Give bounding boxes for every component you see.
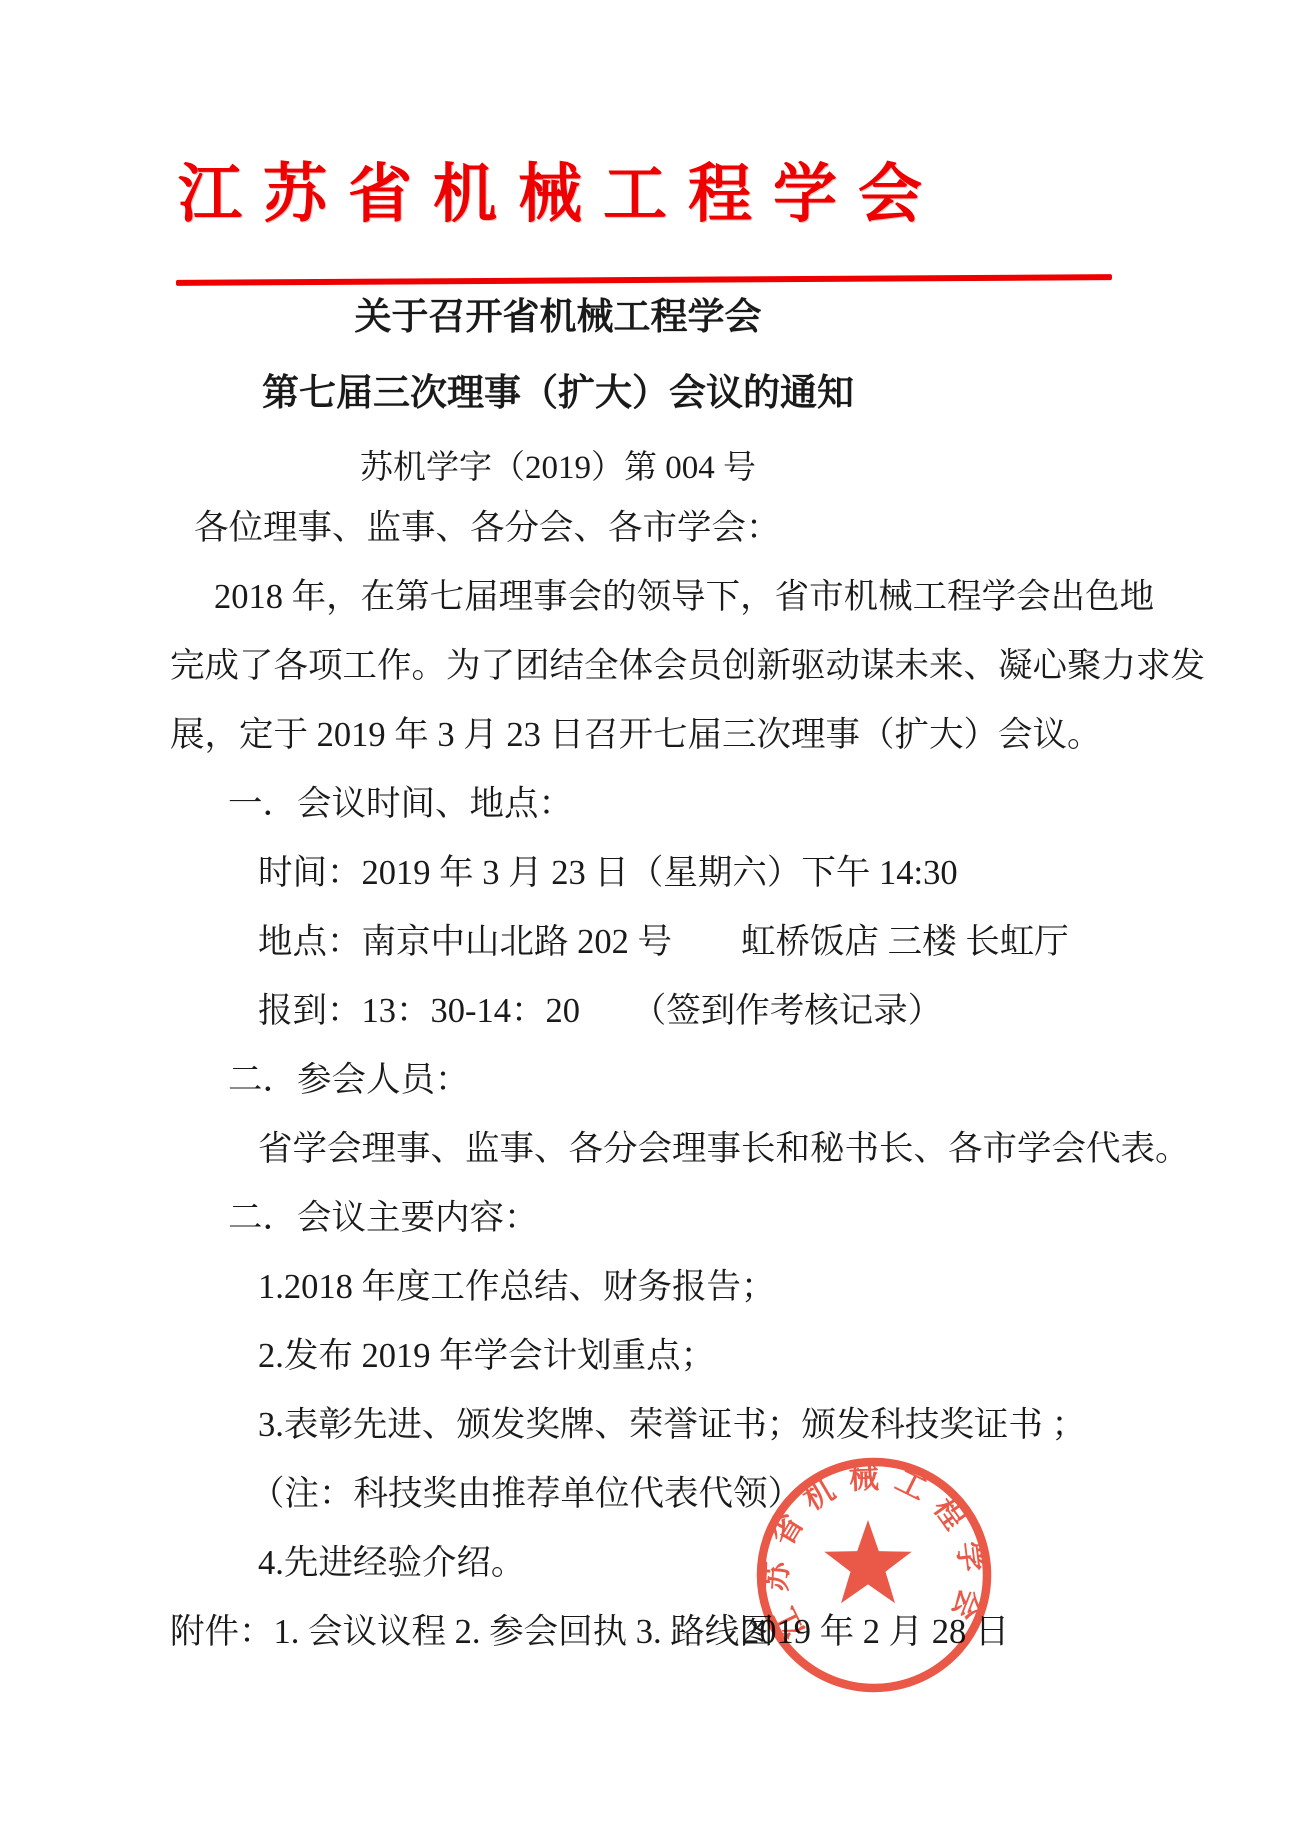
agenda-item-1: 1.2018 年度工作总结、财务报告； xyxy=(170,1253,1135,1322)
section-heading-agenda: 二．会议主要内容： xyxy=(170,1184,1135,1253)
section-heading-time: 一．会议时间、地点： xyxy=(170,770,1135,839)
agenda-item-4: 4.先进经验介绍。 xyxy=(170,1529,1135,1598)
attendees-line: 省学会理事、监事、各分会理事长和秘书长、各市学会代表。 xyxy=(170,1115,1135,1184)
body-line: 完成了各项工作。为了团结全体会员创新驱动谋未来、凝心聚力求发 xyxy=(170,632,1135,701)
document-page: 江苏省机械工程学会 关于召开省机械工程学会 第七届三次理事（扩大）会议的通知 苏… xyxy=(0,0,1290,1825)
doc-title-line1: 关于召开省机械工程学会 xyxy=(170,295,946,341)
meeting-time-line: 时间：2019 年 3 月 23 日（星期六）下午 14:30 xyxy=(170,839,1135,908)
body-line: 展，定于 2019 年 3 月 23 日召开七届三次理事（扩大）会议。 xyxy=(170,701,1135,770)
doc-title-line2: 第七届三次理事（扩大）会议的通知 xyxy=(170,371,946,417)
body-line: 2018 年，在第七届理事会的领导下，省市机械工程学会出色地 xyxy=(170,563,1135,632)
issue-date: 2019 年 2 月 28 日 xyxy=(742,1598,1009,1667)
title-block: 关于召开省机械工程学会 第七届三次理事（扩大）会议的通知 苏机学字（2019）第… xyxy=(170,295,946,489)
registration-line: 报到：13：30-14：20 （签到作考核记录） xyxy=(170,977,1135,1046)
meeting-place-line: 地点：南京中山北路 202 号 虹桥饭店 三楼 长虹厅 xyxy=(170,908,1135,977)
org-letterhead-title: 江苏省机械工程学会 xyxy=(178,143,943,235)
attachments-list: 附件：1. 会议议程 2. 参会回执 3. 路线图 xyxy=(170,1613,774,1651)
agenda-item-3: 3.表彰先进、颁发奖牌、荣誉证书；颁发科技奖证书 ； xyxy=(170,1391,1135,1460)
agenda-item-2: 2.发布 2019 年学会计划重点； xyxy=(170,1322,1135,1391)
section-heading-people: 二．参会人员： xyxy=(170,1046,1135,1115)
letterhead-divider xyxy=(176,274,1112,286)
attachments-row: 附件：1. 会议议程 2. 参会回执 3. 路线图 2019 年 2 月 28 … xyxy=(170,1598,1135,1667)
doc-number: 苏机学字（2019）第 004 号 xyxy=(170,447,946,489)
body-text: 各位理事、监事、各分会、各市学会： 2018 年，在第七届理事会的领导下，省市机… xyxy=(170,494,1135,1667)
agenda-note: （注：科技奖由推荐单位代表代领） xyxy=(170,1460,1135,1529)
salutation-line: 各位理事、监事、各分会、各市学会： xyxy=(170,494,1135,563)
